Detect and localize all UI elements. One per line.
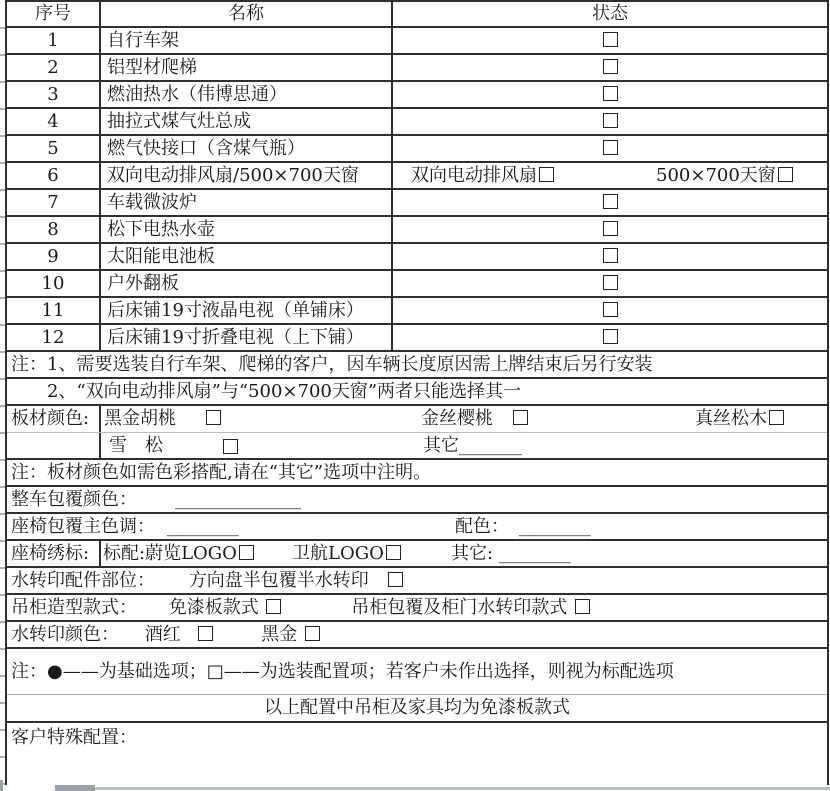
status-checkbox[interactable] <box>603 329 618 344</box>
skylight-option-label: 500×700天窗 <box>656 165 776 186</box>
seat-match-group: 配色： ________ <box>455 514 591 539</box>
seat-color-label: 座椅包覆主色调： <box>11 516 155 537</box>
board-color-other-blank[interactable]: 其它_______ <box>423 433 522 458</box>
black-gold-checkbox[interactable] <box>305 626 320 641</box>
item-name: 燃气快接口（含煤气瓶） <box>101 136 393 161</box>
row-no: 2 <box>7 55 101 80</box>
table-row: 3 燃油热水（伟博思通） <box>7 82 827 109</box>
status-cell <box>393 325 827 350</box>
wrap-color-label: 整车包覆颜色： <box>11 489 137 510</box>
seat-logo-row: 座椅绣标: 标配:蔚览LOGO 卫航LOGO 其它: ________ <box>7 541 827 568</box>
hydro-color-row: 水转印颜色： 酒红 黑金 <box>7 622 827 649</box>
status-cell <box>393 136 827 161</box>
paint-free-option-label: 免漆板款式 <box>169 597 259 618</box>
status-checkbox[interactable] <box>603 59 618 74</box>
paint-free-checkbox[interactable] <box>266 599 281 614</box>
table-row-fan-skylight: 6 双向电动排风扇/500×700天窗 双向电动排风扇 500×700天窗 <box>7 163 827 190</box>
note-1-text: 注：1、需要选装自行车架、爬梯的客户，因车辆长度原因需上牌结束后另行安装 <box>11 354 652 375</box>
table-row: 2 铝型材爬梯 <box>7 55 827 82</box>
status-cell <box>393 298 827 323</box>
status-cell <box>393 190 827 215</box>
legend-note-row: 注：●——为基础选项；□——为选装配置项；若客户未作出选择，则视为标配选项 <box>7 649 827 695</box>
col-header-status: 状态 <box>393 2 827 26</box>
option-label: 金丝樱桃 <box>421 408 493 429</box>
option-label: 卫航LOGO <box>292 543 384 564</box>
col-header-name: 名称 <box>101 2 393 26</box>
status-cell <box>393 217 827 242</box>
black-gold-walnut-checkbox[interactable] <box>206 410 221 425</box>
seat-color-blank[interactable]: ________ <box>167 516 239 537</box>
item-name: 太阳能电池板 <box>101 244 393 269</box>
board-color-options-2: 雪 松 其它_______ <box>101 433 827 458</box>
skylight-option: 500×700天窗 <box>656 163 793 188</box>
hydro-part-label: 水转印配件部位： <box>11 570 155 591</box>
status-checkbox[interactable] <box>603 248 618 263</box>
table-row: 12 后床铺19寸折叠电视（上下铺） <box>7 325 827 352</box>
table-row: 1 自行车架 <box>7 28 827 55</box>
item-name: 燃油热水（伟博思通） <box>101 82 393 107</box>
row-no: 4 <box>7 109 101 134</box>
cabinet-style-label: 吊柜造型款式： <box>11 597 137 618</box>
item-name: 抽拉式煤气灶总成 <box>101 109 393 134</box>
row-no: 12 <box>7 325 101 350</box>
option-label: 黑金胡桃 <box>104 408 176 429</box>
cabinet-hydro-option-label: 吊柜包覆及柜门水转印款式 <box>351 597 567 618</box>
cabinet-hydro-checkbox[interactable] <box>575 599 590 614</box>
option-black-gold-walnut: 黑金胡桃 <box>104 406 221 431</box>
row-no: 7 <box>7 190 101 215</box>
status-checkbox[interactable] <box>603 302 618 317</box>
fan-option: 双向电动排风扇 <box>411 163 554 188</box>
bottom-gray-line <box>95 787 830 790</box>
skylight-checkbox[interactable] <box>778 167 793 182</box>
wrap-color-blank[interactable]: ______________ <box>175 487 301 512</box>
status-cell <box>393 109 827 134</box>
legend-note-text: 注：●——为基础选项；□——为选装配置项；若客户未作出选择，则视为标配选项 <box>11 661 674 682</box>
table-row: 4 抽拉式煤气灶总成 <box>7 109 827 136</box>
seat-logo-options: 标配:蔚览LOGO 卫航LOGO 其它: ________ <box>101 541 827 566</box>
table-row: 11 后床铺19寸液晶电视（单铺床） <box>7 298 827 325</box>
table-row: 10 户外翻板 <box>7 271 827 298</box>
bottom-dark-segment <box>55 785 95 791</box>
item-name: 户外翻板 <box>101 271 393 296</box>
option-gold-cherry: 金丝樱桃 <box>421 406 528 431</box>
option-silk-pine: 真丝松木 <box>695 406 784 431</box>
board-color-label-empty <box>7 433 101 458</box>
center-note-row: 以上配置中吊柜及家具均为免漆板款式 <box>7 695 827 723</box>
option-weihang-logo: 卫航LOGO <box>292 541 401 566</box>
fan-checkbox[interactable] <box>539 167 554 182</box>
table-row: 5 燃气快接口（含煤气瓶） <box>7 136 827 163</box>
status-cell-dual: 双向电动排风扇 500×700天窗 <box>393 163 827 188</box>
fan-option-label: 双向电动排风扇 <box>411 165 537 186</box>
hydro-part-row: 水转印配件部位： 方向盘半包覆半水转印 <box>7 568 827 595</box>
status-cell <box>393 55 827 80</box>
option-label: 真丝松木 <box>695 408 767 429</box>
item-name: 铝型材爬梯 <box>101 55 393 80</box>
row-no: 11 <box>7 298 101 323</box>
row-no: 10 <box>7 271 101 296</box>
seat-color-row: 座椅包覆主色调： ________ 配色： ________ <box>7 514 827 541</box>
row-no: 6 <box>7 163 101 188</box>
weilan-logo-checkbox[interactable] <box>239 545 254 560</box>
status-checkbox[interactable] <box>603 86 618 101</box>
wine-red-checkbox[interactable] <box>198 626 213 641</box>
weihang-logo-checkbox[interactable] <box>386 545 401 560</box>
option-label: 标配:蔚览LOGO <box>103 543 237 564</box>
row-no: 3 <box>7 82 101 107</box>
note-2-text: 2、“双向电动排风扇”与“500×700天窗”两者只能选择其一 <box>47 381 521 402</box>
row-no: 5 <box>7 136 101 161</box>
board-color-label: 板材颜色: <box>7 406 101 432</box>
bottom-edge-strip <box>0 785 830 791</box>
option-label: 雪 松 <box>109 435 163 456</box>
col-header-no: 序号 <box>7 2 101 26</box>
option-cedar: 雪 松 <box>109 433 163 458</box>
bottom-left-mark <box>0 780 3 791</box>
black-gold-option-label: 黑金 <box>261 624 297 645</box>
hydro-color-label: 水转印颜色： <box>11 624 119 645</box>
steering-wheel-checkbox[interactable] <box>388 572 403 587</box>
cabinet-style-row: 吊柜造型款式： 免漆板款式 吊柜包覆及柜门水转印款式 <box>7 595 827 622</box>
item-name: 自行车架 <box>101 28 393 53</box>
item-name: 车载微波炉 <box>101 190 393 215</box>
item-name: 后床铺19寸液晶电视（单铺床） <box>101 298 393 323</box>
silk-pine-checkbox[interactable] <box>769 410 784 425</box>
board-color-note: 注：板材颜色如需色彩搭配,请在“其它”选项中注明。 <box>7 460 827 487</box>
seat-match-label: 配色： <box>455 516 509 537</box>
note-line-2: 2、“双向电动排风扇”与“500×700天窗”两者只能选择其一 <box>7 379 827 406</box>
note-line-1: 注：1、需要选装自行车架、爬梯的客户，因车辆长度原因需上牌结束后另行安装 <box>7 352 827 379</box>
status-cell <box>393 82 827 107</box>
option-weilan-logo: 标配:蔚览LOGO <box>103 541 254 566</box>
table-row: 8 松下电热水壶 <box>7 217 827 244</box>
status-cell <box>393 271 827 296</box>
item-name: 松下电热水壶 <box>101 217 393 242</box>
wine-red-option-label: 酒红 <box>145 624 181 645</box>
status-checkbox[interactable] <box>603 32 618 47</box>
row-no: 1 <box>7 28 101 53</box>
options-form-page: { "colors": { "border_dark": "#2f2f2f", … <box>0 0 830 791</box>
board-color-row-1: 板材颜色: 黑金胡桃 金丝樱桃 真丝松木 <box>7 406 827 433</box>
options-sheet: 序号 名称 状态 1 自行车架 2 铝型材爬梯 3 燃油热水（伟博思通） 4 抽… <box>5 0 829 785</box>
board-color-row-2: 雪 松 其它_______ <box>7 433 827 460</box>
status-checkbox[interactable] <box>603 140 618 155</box>
status-checkbox[interactable] <box>603 275 618 290</box>
status-cell <box>393 244 827 269</box>
status-checkbox[interactable] <box>603 194 618 209</box>
row-no: 9 <box>7 244 101 269</box>
special-config-row[interactable]: 客户特殊配置： <box>7 723 827 785</box>
center-note-text: 以上配置中吊柜及家具均为免漆板款式 <box>264 697 570 718</box>
table-row: 7 车载微波炉 <box>7 190 827 217</box>
wrap-color-row: 整车包覆颜色： ______________ <box>7 487 827 514</box>
gold-cherry-checkbox[interactable] <box>513 410 528 425</box>
seat-logo-label: 座椅绣标: <box>7 541 101 566</box>
item-name: 双向电动排风扇/500×700天窗 <box>101 163 393 188</box>
status-checkbox[interactable] <box>603 113 618 128</box>
status-cell <box>393 28 827 53</box>
cedar-checkbox[interactable] <box>223 439 238 454</box>
board-color-options-1: 黑金胡桃 金丝樱桃 真丝松木 <box>101 406 827 432</box>
special-config-label: 客户特殊配置： <box>11 727 137 748</box>
table-header-row: 序号 名称 状态 <box>7 2 827 28</box>
row-no: 8 <box>7 217 101 242</box>
item-name: 后床铺19寸折叠电视（上下铺） <box>101 325 393 350</box>
steering-wheel-option-label: 方向盘半包覆半水转印 <box>189 570 369 591</box>
seat-match-blank[interactable]: ________ <box>519 516 591 537</box>
table-row: 9 太阳能电池板 <box>7 244 827 271</box>
status-checkbox[interactable] <box>603 221 618 236</box>
board-color-note-text: 注：板材颜色如需色彩搭配,请在“其它”选项中注明。 <box>11 462 431 483</box>
seat-logo-other-blank[interactable]: 其它: ________ <box>451 541 571 566</box>
